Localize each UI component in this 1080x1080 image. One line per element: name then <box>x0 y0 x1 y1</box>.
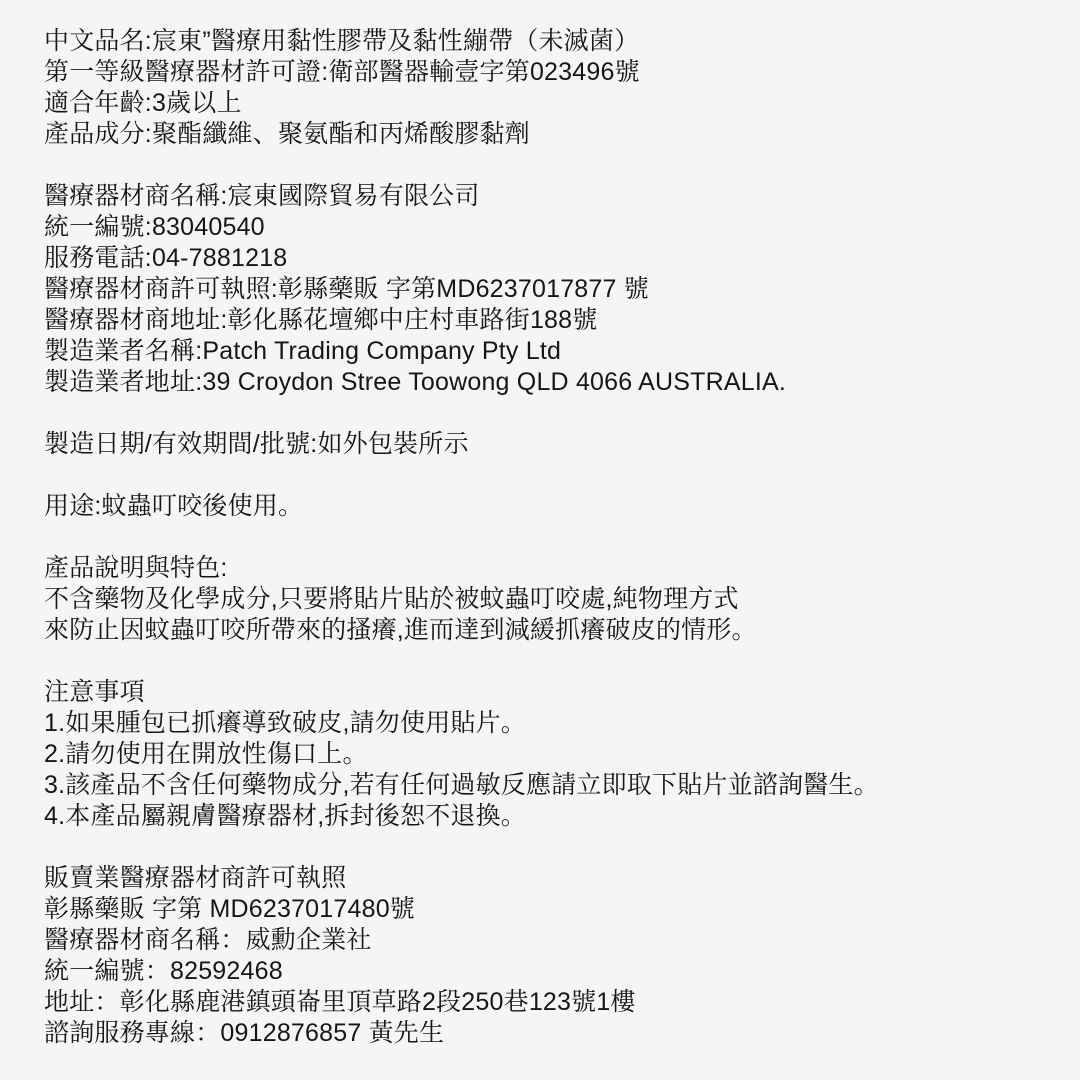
dealer-info-section: 醫療器材商名稱:宸東國際貿易有限公司 統一編號:83040540 服務電話:04… <box>44 181 1044 398</box>
suitable-age-line: 適合年齡:3歲以上 <box>44 88 1044 119</box>
description-line-1: 不含藥物及化學成分,只要將貼片貼於被蚊蟲叮咬處,純物理方式 <box>44 584 1044 615</box>
manufacture-date-batch-line: 製造日期/有效期間/批號:如外包裝所示 <box>44 429 1044 460</box>
dealer-name-line: 醫療器材商名稱:宸東國際貿易有限公司 <box>44 181 1044 212</box>
precaution-item-1: 1.如果腫包已抓癢導致破皮,請勿使用貼片。 <box>44 708 1044 739</box>
precaution-item-2: 2.請勿使用在開放性傷口上。 <box>44 739 1044 770</box>
seller-name-line: 醫療器材商名稱：威勳企業社 <box>44 925 1044 956</box>
device-license-line: 第一等級醫療器材許可證:衛部醫器輸壹字第023496號 <box>44 57 1044 88</box>
seller-license-heading: 販賣業醫療器材商許可執照 <box>44 863 1044 894</box>
dealer-uniform-number-line: 統一編號:83040540 <box>44 212 1044 243</box>
product-label-page: 中文品名:宸東”醫療用黏性膠帶及黏性繃帶（未滅菌） 第一等級醫療器材許可證:衛部… <box>0 0 1080 1080</box>
seller-uniform-number-line: 統一編號：82592468 <box>44 956 1044 987</box>
manufacture-date-section: 製造日期/有效期間/批號:如外包裝所示 <box>44 429 1044 460</box>
description-line-2: 來防止因蚊蟲叮咬所帶來的搔癢,進而達到減緩抓癢破皮的情形。 <box>44 615 1044 646</box>
consult-hotline-line: 諮詢服務專線：0912876857 黃先生 <box>44 1018 1044 1049</box>
usage-section: 用途:蚊蟲叮咬後使用。 <box>44 491 1044 522</box>
description-heading: 產品說明與特色: <box>44 553 1044 584</box>
precautions-heading: 注意事項 <box>44 677 1044 708</box>
precautions-section: 注意事項 1.如果腫包已抓癢導致破皮,請勿使用貼片。 2.請勿使用在開放性傷口上… <box>44 677 1044 832</box>
seller-address-line: 地址：彰化縣鹿港鎮頭崙里頂草路2段250巷123號1樓 <box>44 987 1044 1018</box>
label-text-document: 中文品名:宸東”醫療用黏性膠帶及黏性繃帶（未滅菌） 第一等級醫療器材許可證:衛部… <box>44 26 1044 1049</box>
seller-license-section: 販賣業醫療器材商許可執照 彰縣藥販 字第 MD6237017480號 醫療器材商… <box>44 863 1044 1049</box>
seller-license-number-line: 彰縣藥販 字第 MD6237017480號 <box>44 894 1044 925</box>
manufacturer-name-line: 製造業者名稱:Patch Trading Company Pty Ltd <box>44 336 1044 367</box>
precaution-item-4: 4.本產品屬親膚醫療器材,拆封後恕不退換。 <box>44 801 1044 832</box>
usage-line: 用途:蚊蟲叮咬後使用。 <box>44 491 1044 522</box>
dealer-address-line: 醫療器材商地址:彰化縣花壇鄉中庄村車路街188號 <box>44 305 1044 336</box>
precaution-item-3: 3.該產品不含任何藥物成分,若有任何過敏反應請立即取下貼片並諮詢醫生。 <box>44 770 1044 801</box>
dealer-license-line: 醫療器材商許可執照:彰縣藥販 字第MD6237017877 號 <box>44 274 1044 305</box>
product-name-line: 中文品名:宸東”醫療用黏性膠帶及黏性繃帶（未滅菌） <box>44 26 1044 57</box>
service-phone-line: 服務電話:04-7881218 <box>44 243 1044 274</box>
ingredients-line: 產品成分:聚酯纖維、聚氨酯和丙烯酸膠黏劑 <box>44 119 1044 150</box>
product-info-section: 中文品名:宸東”醫療用黏性膠帶及黏性繃帶（未滅菌） 第一等級醫療器材許可證:衛部… <box>44 26 1044 150</box>
manufacturer-address-line: 製造業者地址:39 Croydon Stree Toowong QLD 4066… <box>44 367 1044 398</box>
description-section: 產品說明與特色: 不含藥物及化學成分,只要將貼片貼於被蚊蟲叮咬處,純物理方式 來… <box>44 553 1044 646</box>
